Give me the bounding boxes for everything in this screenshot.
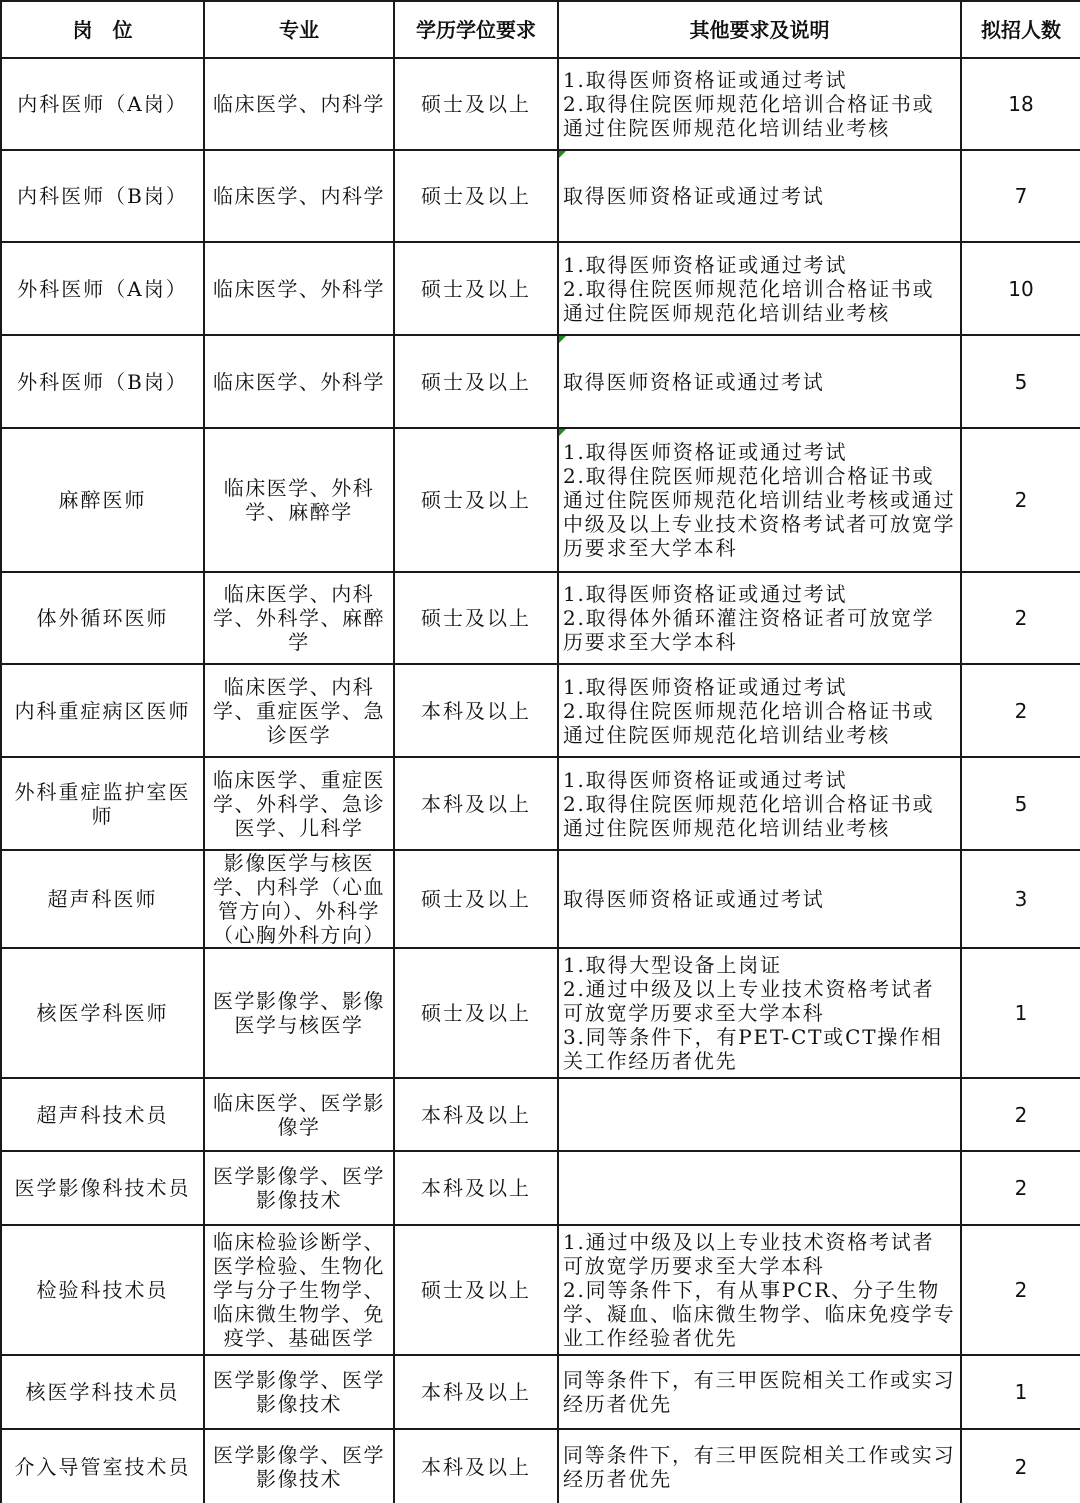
major-cell: 临床医学、内科学: [204, 58, 394, 150]
comment-indicator-icon: [559, 151, 566, 158]
position-cell: 体外循环医师: [1, 572, 204, 664]
position-cell: 外科重症监护室医师: [1, 757, 204, 850]
position-cell: 内科重症病区医师: [1, 664, 204, 757]
count-cell: 2: [961, 428, 1080, 572]
education-cell: 硕士及以上: [394, 150, 558, 242]
position-cell: 检验科技术员: [1, 1225, 204, 1355]
notes-cell: 1.取得医师资格证或通过考试 2.取得住院医师规范化培训合格证书或通过住院医师规…: [558, 58, 961, 150]
count-cell: 5: [961, 335, 1080, 428]
position-cell: 超声科医师: [1, 850, 204, 948]
count-cell: 18: [961, 58, 1080, 150]
count-cell: 1: [961, 948, 1080, 1078]
education-cell: 硕士及以上: [394, 850, 558, 948]
comment-indicator-icon: [559, 429, 566, 436]
position-cell: 麻醉医师: [1, 428, 204, 572]
notes-cell: 1.取得大型设备上岗证 2.通过中级及以上专业技术资格考试者可放宽学历要求至大学…: [558, 948, 961, 1078]
education-cell: 硕士及以上: [394, 572, 558, 664]
major-cell: 临床医学、内科学、外科学、麻醉学: [204, 572, 394, 664]
count-cell: 3: [961, 850, 1080, 948]
table-row: 内科医师（A岗）临床医学、内科学硕士及以上1.取得医师资格证或通过考试 2.取得…: [1, 58, 1080, 150]
notes-cell: 取得医师资格证或通过考试: [558, 850, 961, 948]
table-row: 外科重症监护室医师临床医学、重症医学、外科学、急诊医学、儿科学本科及以上1.取得…: [1, 757, 1080, 850]
count-cell: 1: [961, 1355, 1080, 1429]
major-cell: 临床医学、重症医学、外科学、急诊医学、儿科学: [204, 757, 394, 850]
position-cell: 外科医师（B岗）: [1, 335, 204, 428]
education-cell: 硕士及以上: [394, 428, 558, 572]
major-cell: 临床医学、外科学: [204, 242, 394, 335]
count-cell: 2: [961, 1225, 1080, 1355]
education-cell: 硕士及以上: [394, 1225, 558, 1355]
header-row: 岗 位 专业 学历学位要求 其他要求及说明 拟招人数: [1, 1, 1080, 58]
header-count: 拟招人数: [961, 1, 1080, 58]
count-cell: 2: [961, 1429, 1080, 1503]
count-cell: 2: [961, 572, 1080, 664]
count-cell: 2: [961, 1078, 1080, 1151]
table-row: 医学影像科技术员医学影像学、医学影像技术本科及以上2: [1, 1151, 1080, 1225]
notes-cell: 1.取得医师资格证或通过考试 2.取得住院医师规范化培训合格证书或通过住院医师规…: [558, 757, 961, 850]
education-cell: 硕士及以上: [394, 242, 558, 335]
major-cell: 医学影像学、医学影像技术: [204, 1355, 394, 1429]
table-row: 检验科技术员临床检验诊断学、医学检验、生物化学与分子生物学、临床微生物学、免疫学…: [1, 1225, 1080, 1355]
count-cell: 7: [961, 150, 1080, 242]
major-cell: 医学影像学、医学影像技术: [204, 1151, 394, 1225]
major-cell: 临床医学、内科学、重症医学、急诊医学: [204, 664, 394, 757]
education-cell: 硕士及以上: [394, 335, 558, 428]
major-cell: 临床医学、外科学: [204, 335, 394, 428]
table-row: 核医学科技术员医学影像学、医学影像技术本科及以上同等条件下，有三甲医院相关工作或…: [1, 1355, 1080, 1429]
major-cell: 临床医学、外科学、麻醉学: [204, 428, 394, 572]
header-position: 岗 位: [1, 1, 204, 58]
header-education: 学历学位要求: [394, 1, 558, 58]
notes-cell: 取得医师资格证或通过考试: [558, 335, 961, 428]
major-cell: 医学影像学、影像医学与核医学: [204, 948, 394, 1078]
notes-cell: 1.通过中级及以上专业技术资格考试者可放宽学历要求至大学本科 2.同等条件下，有…: [558, 1225, 961, 1355]
table-row: 核医学科医师医学影像学、影像医学与核医学硕士及以上1.取得大型设备上岗证 2.通…: [1, 948, 1080, 1078]
table-row: 麻醉医师临床医学、外科学、麻醉学硕士及以上1.取得医师资格证或通过考试 2.取得…: [1, 428, 1080, 572]
count-cell: 10: [961, 242, 1080, 335]
position-cell: 外科医师（A岗）: [1, 242, 204, 335]
major-cell: 临床医学、内科学: [204, 150, 394, 242]
notes-cell: 1.取得医师资格证或通过考试 2.取得住院医师规范化培训合格证书或通过住院医师规…: [558, 428, 961, 572]
count-cell: 2: [961, 664, 1080, 757]
table-row: 外科医师（A岗）临床医学、外科学硕士及以上1.取得医师资格证或通过考试 2.取得…: [1, 242, 1080, 335]
major-cell: 临床检验诊断学、医学检验、生物化学与分子生物学、临床微生物学、免疫学、基础医学: [204, 1225, 394, 1355]
position-cell: 超声科技术员: [1, 1078, 204, 1151]
table-row: 内科重症病区医师临床医学、内科学、重症医学、急诊医学本科及以上1.取得医师资格证…: [1, 664, 1080, 757]
notes-cell: 1.取得医师资格证或通过考试 2.取得住院医师规范化培训合格证书或通过住院医师规…: [558, 242, 961, 335]
education-cell: 本科及以上: [394, 757, 558, 850]
education-cell: 本科及以上: [394, 1429, 558, 1503]
education-cell: 本科及以上: [394, 1078, 558, 1151]
position-cell: 核医学科技术员: [1, 1355, 204, 1429]
header-major: 专业: [204, 1, 394, 58]
education-cell: 硕士及以上: [394, 58, 558, 150]
position-cell: 核医学科医师: [1, 948, 204, 1078]
notes-cell: [558, 1078, 961, 1151]
position-cell: 介入导管室技术员: [1, 1429, 204, 1503]
education-cell: 本科及以上: [394, 664, 558, 757]
table-row: 体外循环医师临床医学、内科学、外科学、麻醉学硕士及以上1.取得医师资格证或通过考…: [1, 572, 1080, 664]
table-row: 内科医师（B岗）临床医学、内科学硕士及以上取得医师资格证或通过考试7: [1, 150, 1080, 242]
position-cell: 内科医师（A岗）: [1, 58, 204, 150]
table-row: 介入导管室技术员医学影像学、医学影像技术本科及以上同等条件下，有三甲医院相关工作…: [1, 1429, 1080, 1503]
table-row: 超声科技术员临床医学、医学影像学本科及以上2: [1, 1078, 1080, 1151]
notes-cell: 取得医师资格证或通过考试: [558, 150, 961, 242]
notes-cell: 1.取得医师资格证或通过考试 2.取得体外循环灌注资格证者可放宽学历要求至大学本…: [558, 572, 961, 664]
position-cell: 医学影像科技术员: [1, 1151, 204, 1225]
education-cell: 本科及以上: [394, 1151, 558, 1225]
table-row: 外科医师（B岗）临床医学、外科学硕士及以上取得医师资格证或通过考试5: [1, 335, 1080, 428]
header-notes: 其他要求及说明: [558, 1, 961, 58]
major-cell: 医学影像学、医学影像技术: [204, 1429, 394, 1503]
education-cell: 本科及以上: [394, 1355, 558, 1429]
position-cell: 内科医师（B岗）: [1, 150, 204, 242]
major-cell: 临床医学、医学影像学: [204, 1078, 394, 1151]
notes-cell: [558, 1151, 961, 1225]
count-cell: 5: [961, 757, 1080, 850]
major-cell: 影像医学与核医学、内科学（心血管方向）、外科学（心胸外科方向）: [204, 850, 394, 948]
table-row: 超声科医师影像医学与核医学、内科学（心血管方向）、外科学（心胸外科方向）硕士及以…: [1, 850, 1080, 948]
notes-cell: 1.取得医师资格证或通过考试 2.取得住院医师规范化培训合格证书或通过住院医师规…: [558, 664, 961, 757]
notes-cell: 同等条件下，有三甲医院相关工作或实习经历者优先: [558, 1429, 961, 1503]
comment-indicator-icon: [559, 336, 566, 343]
count-cell: 2: [961, 1151, 1080, 1225]
notes-cell: 同等条件下，有三甲医院相关工作或实习经历者优先: [558, 1355, 961, 1429]
recruitment-table: 岗 位 专业 学历学位要求 其他要求及说明 拟招人数 内科医师（A岗）临床医学、…: [0, 0, 1080, 1503]
education-cell: 硕士及以上: [394, 948, 558, 1078]
